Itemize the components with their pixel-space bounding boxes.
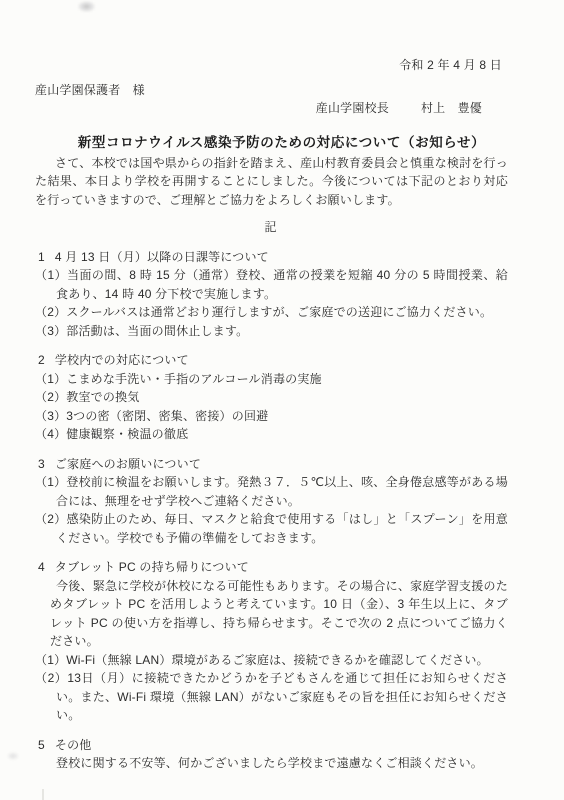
sender-role: 産山学園校長	[316, 101, 389, 115]
section-title: その他	[55, 738, 92, 752]
section-heading: 4タブレット PC の持ち帰りについて	[35, 558, 508, 577]
section-title: タブレット PC の持ち帰りについて	[55, 560, 249, 574]
section: 2学校内での対応について（1）こまめな手洗い・手指のアルコール消毒の実施（2）教…	[35, 351, 508, 444]
section-item: （4）健康観察・検温の徹底	[35, 425, 508, 444]
section: 14 月 13 日（月）以降の日課等について（1）当面の間、8 時 15 分（通…	[35, 248, 508, 341]
section-item: （1）当面の間、8 時 15 分（通常）登校、通常の授業を短縮 40 分の 5 …	[35, 266, 508, 303]
sender-name: 村上 豊優	[421, 101, 482, 115]
document-title: 新型コロナウイルス感染予防のための対応について（お知らせ）	[35, 133, 508, 152]
section-heading: 14 月 13 日（月）以降の日課等について	[35, 248, 508, 267]
scan-smudge-left	[7, 752, 19, 760]
section-title: 4 月 13 日（月）以降の日課等について	[55, 250, 269, 264]
section-number: 4	[38, 558, 45, 577]
section-number: 2	[38, 351, 45, 370]
section-number: 5	[38, 736, 45, 755]
section-item: （2）感染防止のため、毎日、マスクと給食で使用する「はし」と「スプーン」を用意く…	[35, 510, 508, 547]
section-number: 3	[38, 455, 45, 474]
document-date: 令和 2 年 4 月 8 日	[35, 56, 508, 75]
section-title: 学校内での対応について	[55, 353, 189, 367]
scan-edge-artifact	[42, 789, 44, 800]
section-item: （2）13日（月）に接続できたかどうかを子どもさんを通じて担任にお知らせください…	[35, 669, 508, 725]
section-item: （1）こまめな手洗い・手指のアルコール消毒の実施	[35, 370, 508, 389]
section-item: （1）登校前に検温をお願いします。発熱３７．５℃以上、咳、全身倦怠感等がある場合…	[35, 473, 508, 510]
record-marker: 記	[35, 218, 508, 237]
section-heading: 2学校内での対応について	[35, 351, 508, 370]
section-heading: 3ご家庭へのお願いについて	[35, 455, 508, 474]
section: 3ご家庭へのお願いについて（1）登校前に検温をお願いします。発熱３７．５℃以上、…	[35, 455, 508, 548]
section-item: （3）部活動は、当面の間休止します。	[35, 322, 508, 341]
section-item: （2）教室での換気	[35, 388, 508, 407]
section-item: （2）スクールバスは通常どおり運行しますが、ご家庭での送迎にご協力ください。	[35, 303, 508, 322]
scan-smudge-top	[78, 1, 95, 12]
section: 4タブレット PC の持ち帰りについて今後、緊急に学校が休校になる可能性もありま…	[35, 558, 508, 725]
intro-paragraph: さて、本校では国や県からの指針を踏まえ、産山村教育委員会と慎重な検討を行った結果…	[35, 154, 508, 210]
section-lead: 今後、緊急に学校が休校になる可能性もあります。その場合に、家庭学習支援のためタブ…	[50, 577, 508, 651]
document-page: 令和 2 年 4 月 8 日 産山学園保護者 様 産山学園校長村上 豊優 新型コ…	[0, 0, 564, 800]
section: 5その他登校に関する不安等、何かございましたら学校まで遠慮なくご相談ください。	[35, 736, 508, 773]
section-heading: 5その他	[35, 736, 508, 755]
recipient-line: 産山学園保護者 様	[35, 81, 508, 100]
section-lead: 登校に関する不安等、何かございましたら学校まで遠慮なくご相談ください。	[50, 754, 508, 773]
section-number: 1	[38, 248, 45, 267]
sections-container: 14 月 13 日（月）以降の日課等について（1）当面の間、8 時 15 分（通…	[35, 248, 508, 773]
section-item: （3）3つの密（密閉、密集、密接）の回避	[35, 407, 508, 426]
section-item: （1）Wi-Fi（無線 LAN）環境があるご家庭は、接続できるかを確認してくださ…	[35, 651, 508, 670]
section-title: ご家庭へのお願いについて	[55, 457, 201, 471]
sender-line: 産山学園校長村上 豊優	[35, 99, 508, 118]
